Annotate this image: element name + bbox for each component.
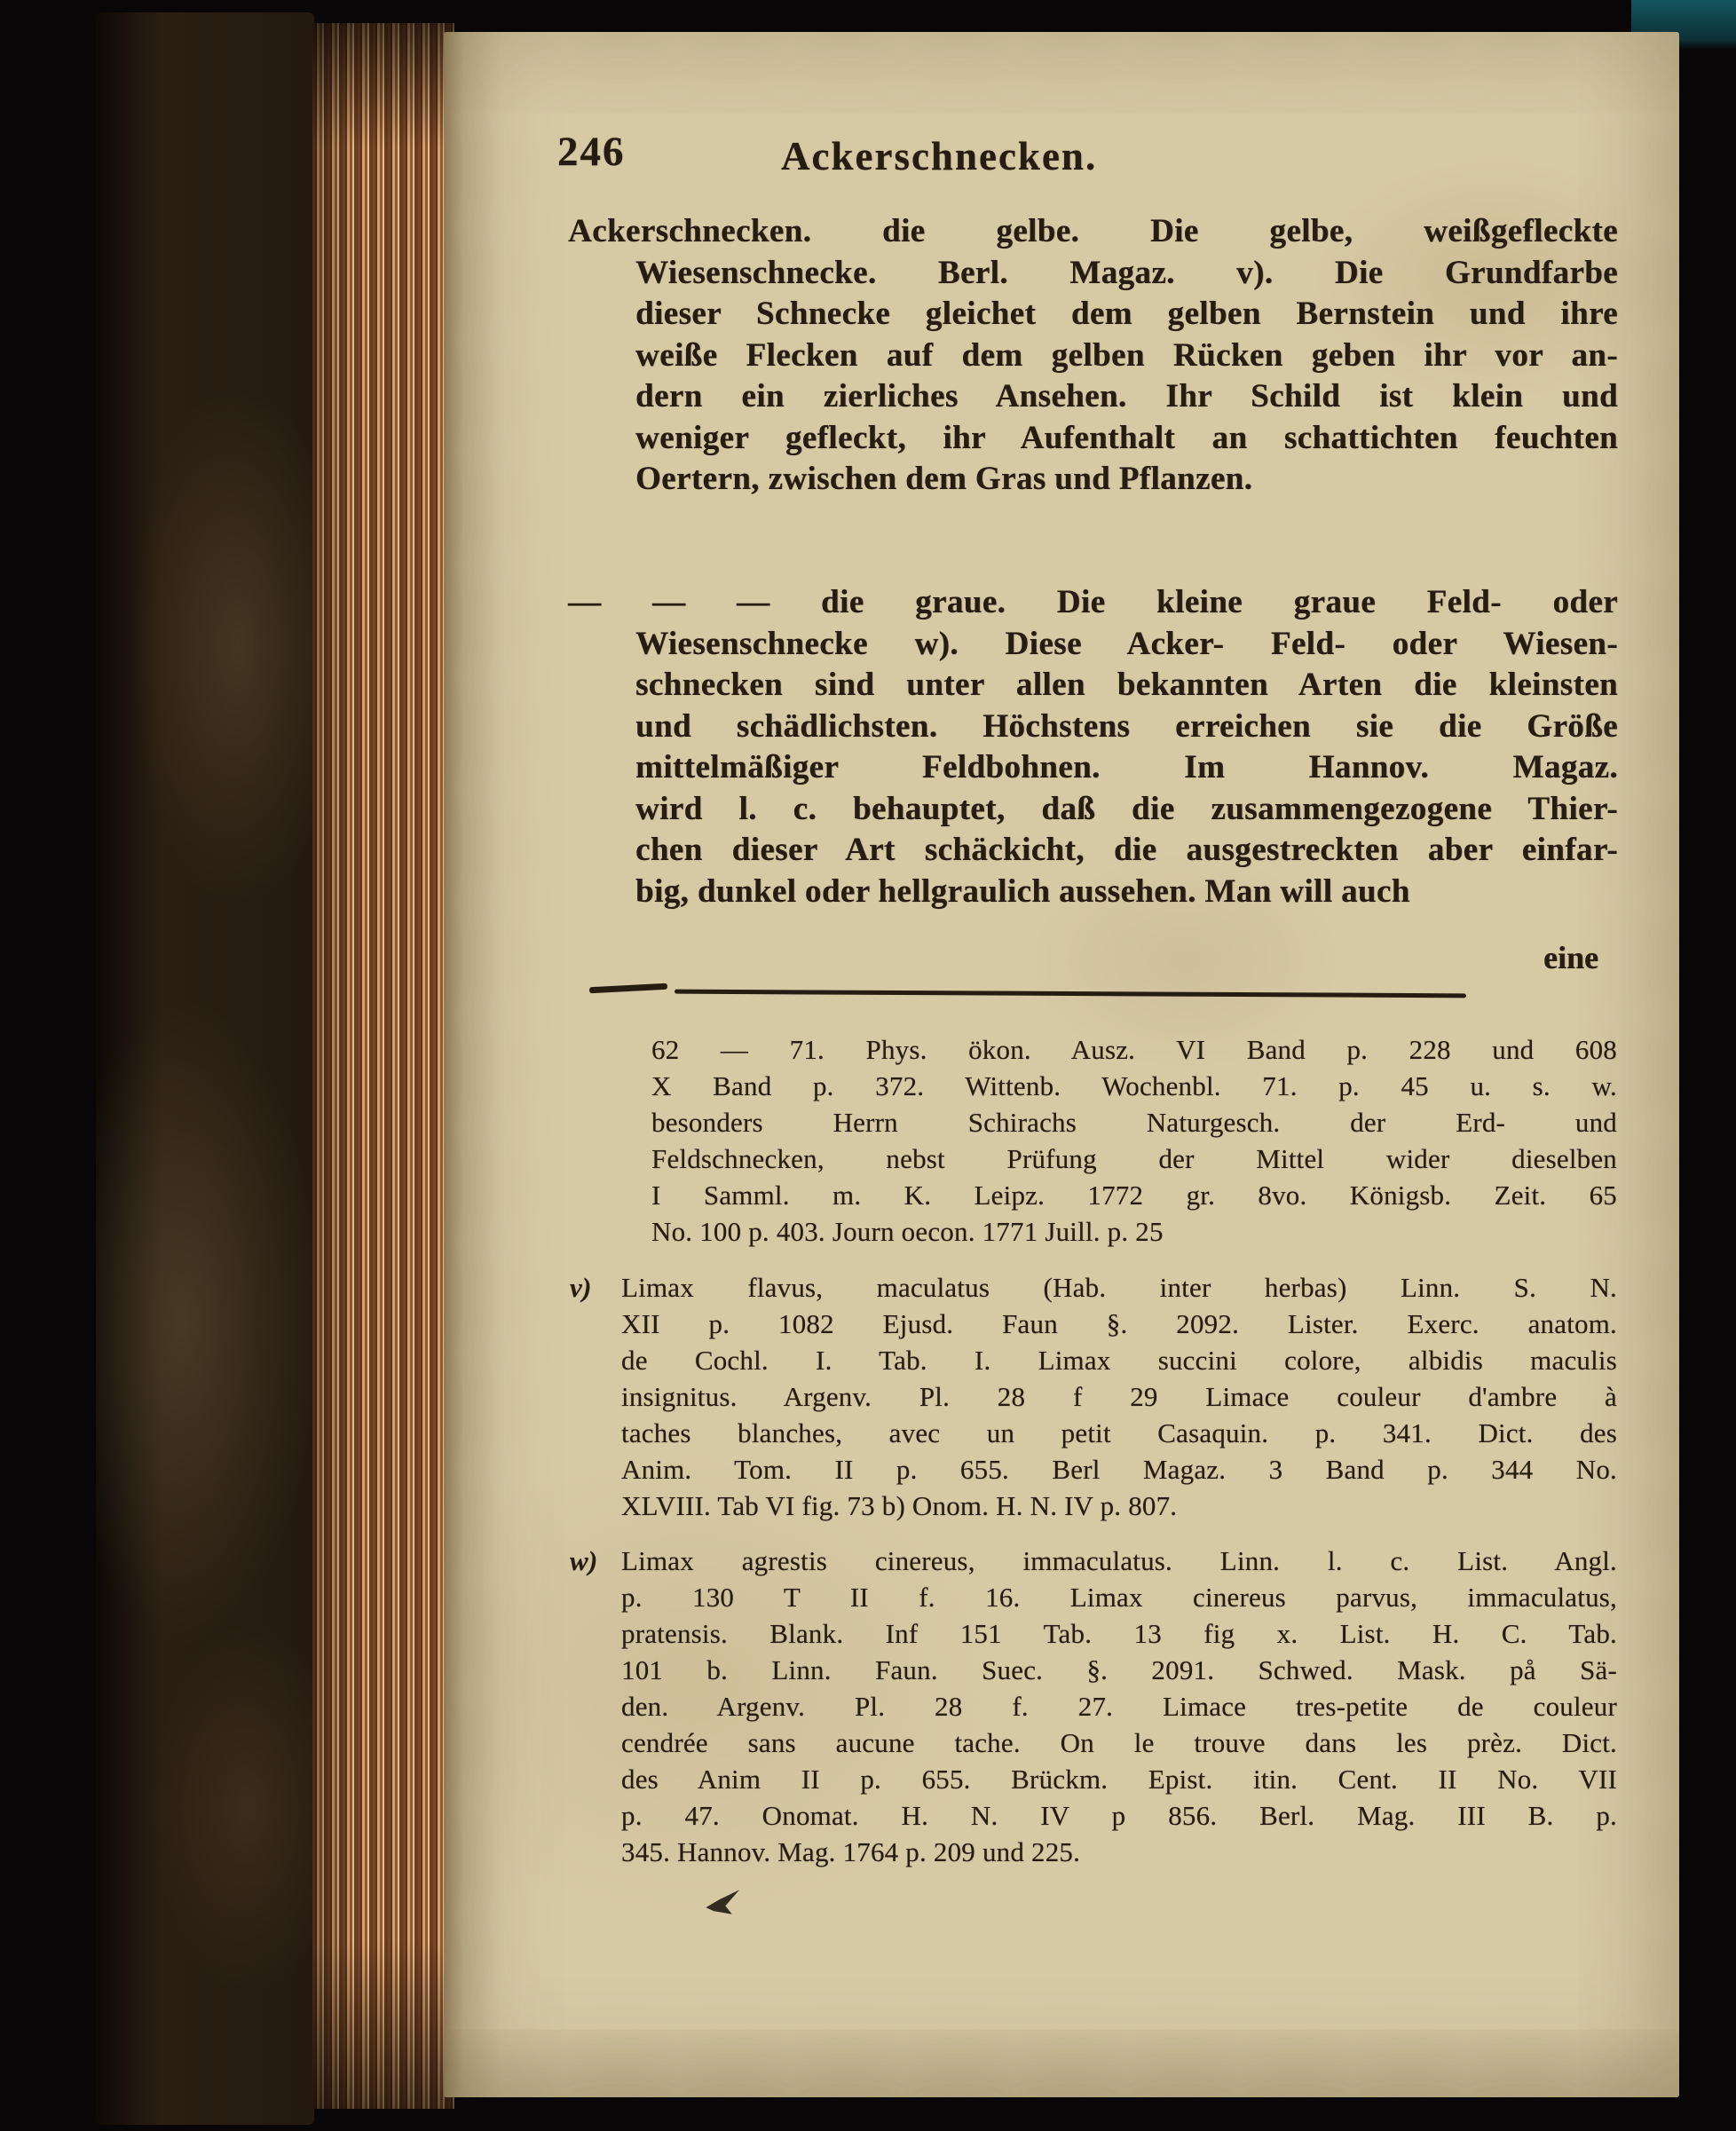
footnote-line: de Cochl. I. Tab. I. Limax succini color… [621,1342,1617,1378]
footnote-text: Limax flavus, maculatus (Hab. inter herb… [621,1272,1617,1303]
book-cover-edge [96,12,314,2125]
text-line: Ackerschnecken. die gelbe. Die gelbe, we… [568,211,1618,253]
footnote-marker-v: v) [570,1269,616,1306]
footnote-line: X Band p. 372. Wittenb. Wochenbl. 71. p.… [651,1068,1617,1104]
entry-grey-paragraph: — — — die graue. Die kleine graue Feld- … [635,582,1618,912]
footnote-line: pratensis. Blank. Inf 151 Tab. 13 fig x.… [621,1615,1617,1652]
footnote-line: Anim. Tom. II p. 655. Berl Magaz. 3 Band… [621,1451,1617,1488]
text-line: weniger gefleckt, ihr Aufenthalt an scha… [635,418,1618,460]
text-line: und schädlichsten. Höchstens erreichen s… [635,706,1618,748]
text-line: weiße Flecken auf dem gelben Rücken gebe… [635,335,1618,377]
footnote-line: XLVIII. Tab VI fig. 73 b) Onom. H. N. IV… [621,1488,1617,1524]
entry-yellow-paragraph: Ackerschnecken. die gelbe. Die gelbe, we… [635,211,1618,501]
footnote-line: Feldschnecken, nebst Prüfung der Mittel … [651,1140,1617,1177]
footnote-text: Limax agrestis cinereus, immaculatus. Li… [621,1545,1617,1576]
footnote-line: 101 b. Linn. Faun. Suec. §. 2091. Schwed… [621,1652,1617,1688]
footnote-w: w)Limax agrestis cinereus, immaculatus. … [621,1543,1617,1870]
footnote-continuation: 62 — 71. Phys. ökon. Ausz. VI Band p. 22… [651,1031,1617,1250]
footnote-line: XII p. 1082 Ejusd. Faun §. 2092. Lister.… [621,1306,1617,1342]
footnote-line: 62 — 71. Phys. ökon. Ausz. VI Band p. 22… [651,1031,1617,1068]
footnote-line: I Samml. m. K. Leipz. 1772 gr. 8vo. Köni… [651,1177,1617,1213]
running-head: Ackerschnecken. [781,133,1097,179]
text-line: chen dieser Art schäckicht, die ausgestr… [635,830,1618,872]
footnote-rule-stub [589,983,667,994]
text-line: Wiesenschnecke w). Diese Acker- Feld- od… [635,624,1618,666]
footnote-line: besonders Herrn Schirachs Naturgesch. de… [651,1104,1617,1140]
text-line: mittelmäßiger Feldbohnen. Im Hannov. Mag… [635,747,1618,789]
text-line: dieser Schnecke gleichet dem gelben Bern… [635,294,1618,335]
footnote-line: taches blanches, avec un petit Casaquin.… [621,1415,1617,1451]
book-page: 246 Ackerschnecken. Ackerschnecken. die … [444,32,1679,2097]
footnote-marker-w: w) [570,1543,616,1579]
text-line: dern ein zierliches Ansehen. Ihr Schild … [635,376,1618,418]
text-line: — — — die graue. Die kleine graue Feld- … [568,582,1618,624]
catchword: eine [635,939,1598,976]
footnote-line: v)Limax flavus, maculatus (Hab. inter he… [621,1269,1617,1306]
footnote-line: No. 100 p. 403. Journ oecon. 1771 Juill.… [651,1213,1617,1250]
ink-smudge [704,1890,742,1917]
text-line: Wiesenschnecke. Berl. Magaz. v). Die Gru… [635,253,1618,295]
footnote-line: 345. Hannov. Mag. 1764 p. 209 und 225. [621,1834,1617,1870]
book-page-edges [312,23,454,2109]
text-line: Oertern, zwischen dem Gras und Pflanzen. [635,459,1618,501]
footnote-v: v)Limax flavus, maculatus (Hab. inter he… [621,1269,1617,1524]
footnote-line: p. 130 T II f. 16. Limax cinereus parvus… [621,1579,1617,1615]
text-line: wird l. c. behauptet, daß die zusammenge… [635,789,1618,831]
scanned-book-photo: 246 Ackerschnecken. Ackerschnecken. die … [0,0,1736,2131]
text-line: big, dunkel oder hellgraulich aussehen. … [635,872,1618,913]
text-line: schnecken sind unter allen bekannten Art… [635,665,1618,706]
footnote-line: w)Limax agrestis cinereus, immaculatus. … [621,1543,1617,1579]
footnote-rule [675,990,1466,998]
footnote-line: cendrée sans aucune tache. On le trouve … [621,1725,1617,1761]
footnote-line: insignitus. Argenv. Pl. 28 f 29 Limace c… [621,1378,1617,1415]
footnote-line: p. 47. Onomat. H. N. IV p 856. Berl. Mag… [621,1797,1617,1834]
page-number: 246 [557,128,626,176]
footnote-line: des Anim II p. 655. Brückm. Epist. itin.… [621,1761,1617,1797]
footnote-line: den. Argenv. Pl. 28 f. 27. Limace tres-p… [621,1688,1617,1725]
